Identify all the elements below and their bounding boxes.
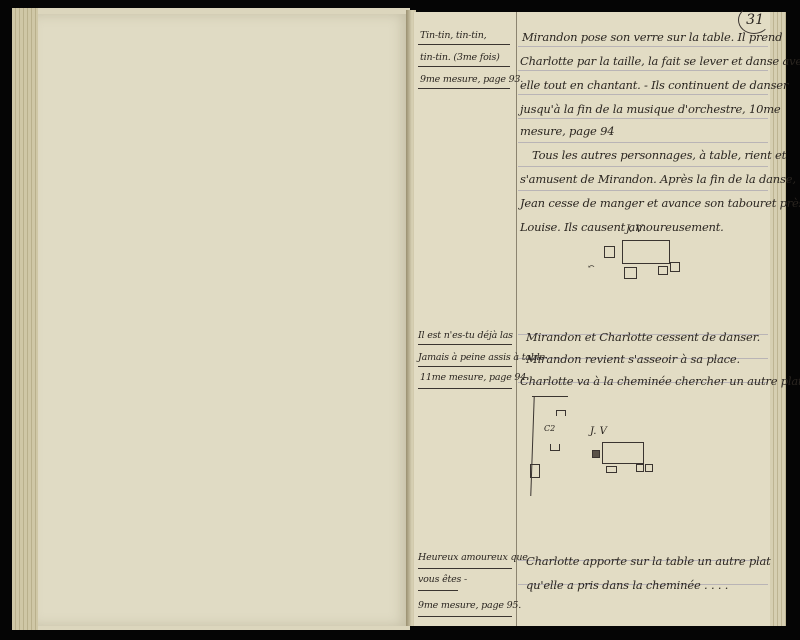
stool: [606, 466, 617, 473]
margin-underline: [418, 616, 512, 617]
margin-note: vous êtes -: [418, 574, 467, 585]
left-page: [12, 8, 410, 630]
marker-M: [592, 450, 600, 458]
furniture: [530, 464, 540, 478]
direction-line: s'amusent de Mirandon. Après la fin de l…: [520, 172, 796, 186]
margin-underline: [418, 366, 512, 367]
wall-line: [530, 396, 534, 496]
ruled-line: [518, 118, 768, 119]
furniture: [556, 410, 566, 416]
stage-diagram-2: C2 J. V: [524, 390, 694, 500]
margin-underline: [418, 590, 458, 591]
direction-line: jusqu'à la fin de la musique d'orchestre…: [520, 102, 781, 116]
marker-J: [670, 262, 680, 272]
direction-line: Mirandon et Charlotte cessent de danser.: [526, 330, 760, 344]
direction-line: Jean cesse de manger et avance son tabou…: [520, 196, 800, 210]
table-rectangle: [622, 240, 670, 264]
direction-line: mesure, page 94: [520, 124, 614, 138]
margin-note: 11me mesure, page 94.: [420, 372, 529, 383]
left-page-blank-sheet: [38, 14, 410, 626]
direction-line: Mirandon pose son verre sur la table. Il…: [522, 30, 782, 44]
ruled-line: [518, 190, 768, 191]
wall-line: [532, 396, 568, 397]
margin-underline: [418, 344, 512, 345]
marker-F: [658, 266, 668, 275]
ruled-line: [518, 166, 768, 167]
stool: [604, 246, 615, 258]
direction-line: Charlotte par la taille, la fait se leve…: [520, 54, 800, 68]
margin-note: 9me mesure, page 95.: [418, 600, 521, 611]
marker-C2: C2: [544, 424, 555, 433]
direction-line: Charlotte apporte sur la table un autre …: [526, 554, 771, 568]
ruled-line: [518, 46, 768, 47]
margin-column-divider: [516, 12, 517, 626]
margin-note: Il est n'es-tu déjà las: [418, 330, 513, 341]
marker-J: [645, 464, 653, 472]
margin-note: Tin-tin, tin-tin,: [420, 30, 487, 41]
margin-underline: [418, 388, 512, 389]
margin-underline: [418, 66, 510, 67]
page-number: 31: [746, 12, 764, 28]
marker-dancers: ⤺: [588, 262, 595, 271]
margin-note: 9me mesure, page 93.: [420, 74, 523, 85]
stool: [624, 267, 637, 279]
ruled-line: [518, 94, 768, 95]
marker-F: [636, 464, 644, 472]
direction-line: elle tout en chantant. - Ils continuent …: [520, 78, 788, 92]
stage-diagram-1: J. V ⤺: [564, 224, 704, 294]
direction-line: Tous les autres personnages, à table, ri…: [532, 148, 786, 162]
fireplace: [550, 444, 560, 451]
margin-underline: [418, 568, 512, 569]
ruled-line: [518, 142, 768, 143]
margin-underline: [418, 44, 510, 45]
left-page-edges: [12, 8, 38, 630]
margin-note: Heureux amoureux que: [418, 552, 528, 563]
ruled-line: [518, 70, 768, 71]
table-label: J. V: [590, 426, 607, 437]
direction-line: Mirandon revient s'asseoir à sa place.: [526, 352, 740, 366]
direction-line: Charlotte va à la cheminée chercher un a…: [520, 374, 800, 388]
table-label: J. V: [626, 224, 643, 235]
direction-line: qu'elle a pris dans la cheminée . . . .: [526, 578, 728, 592]
margin-underline: [418, 88, 510, 89]
table-rectangle: [602, 442, 644, 464]
margin-note: tin-tin. (3me fois): [420, 52, 500, 63]
right-page: 31 Tin-tin, tin-tin, tin-tin. (3me fois)…: [414, 12, 786, 626]
